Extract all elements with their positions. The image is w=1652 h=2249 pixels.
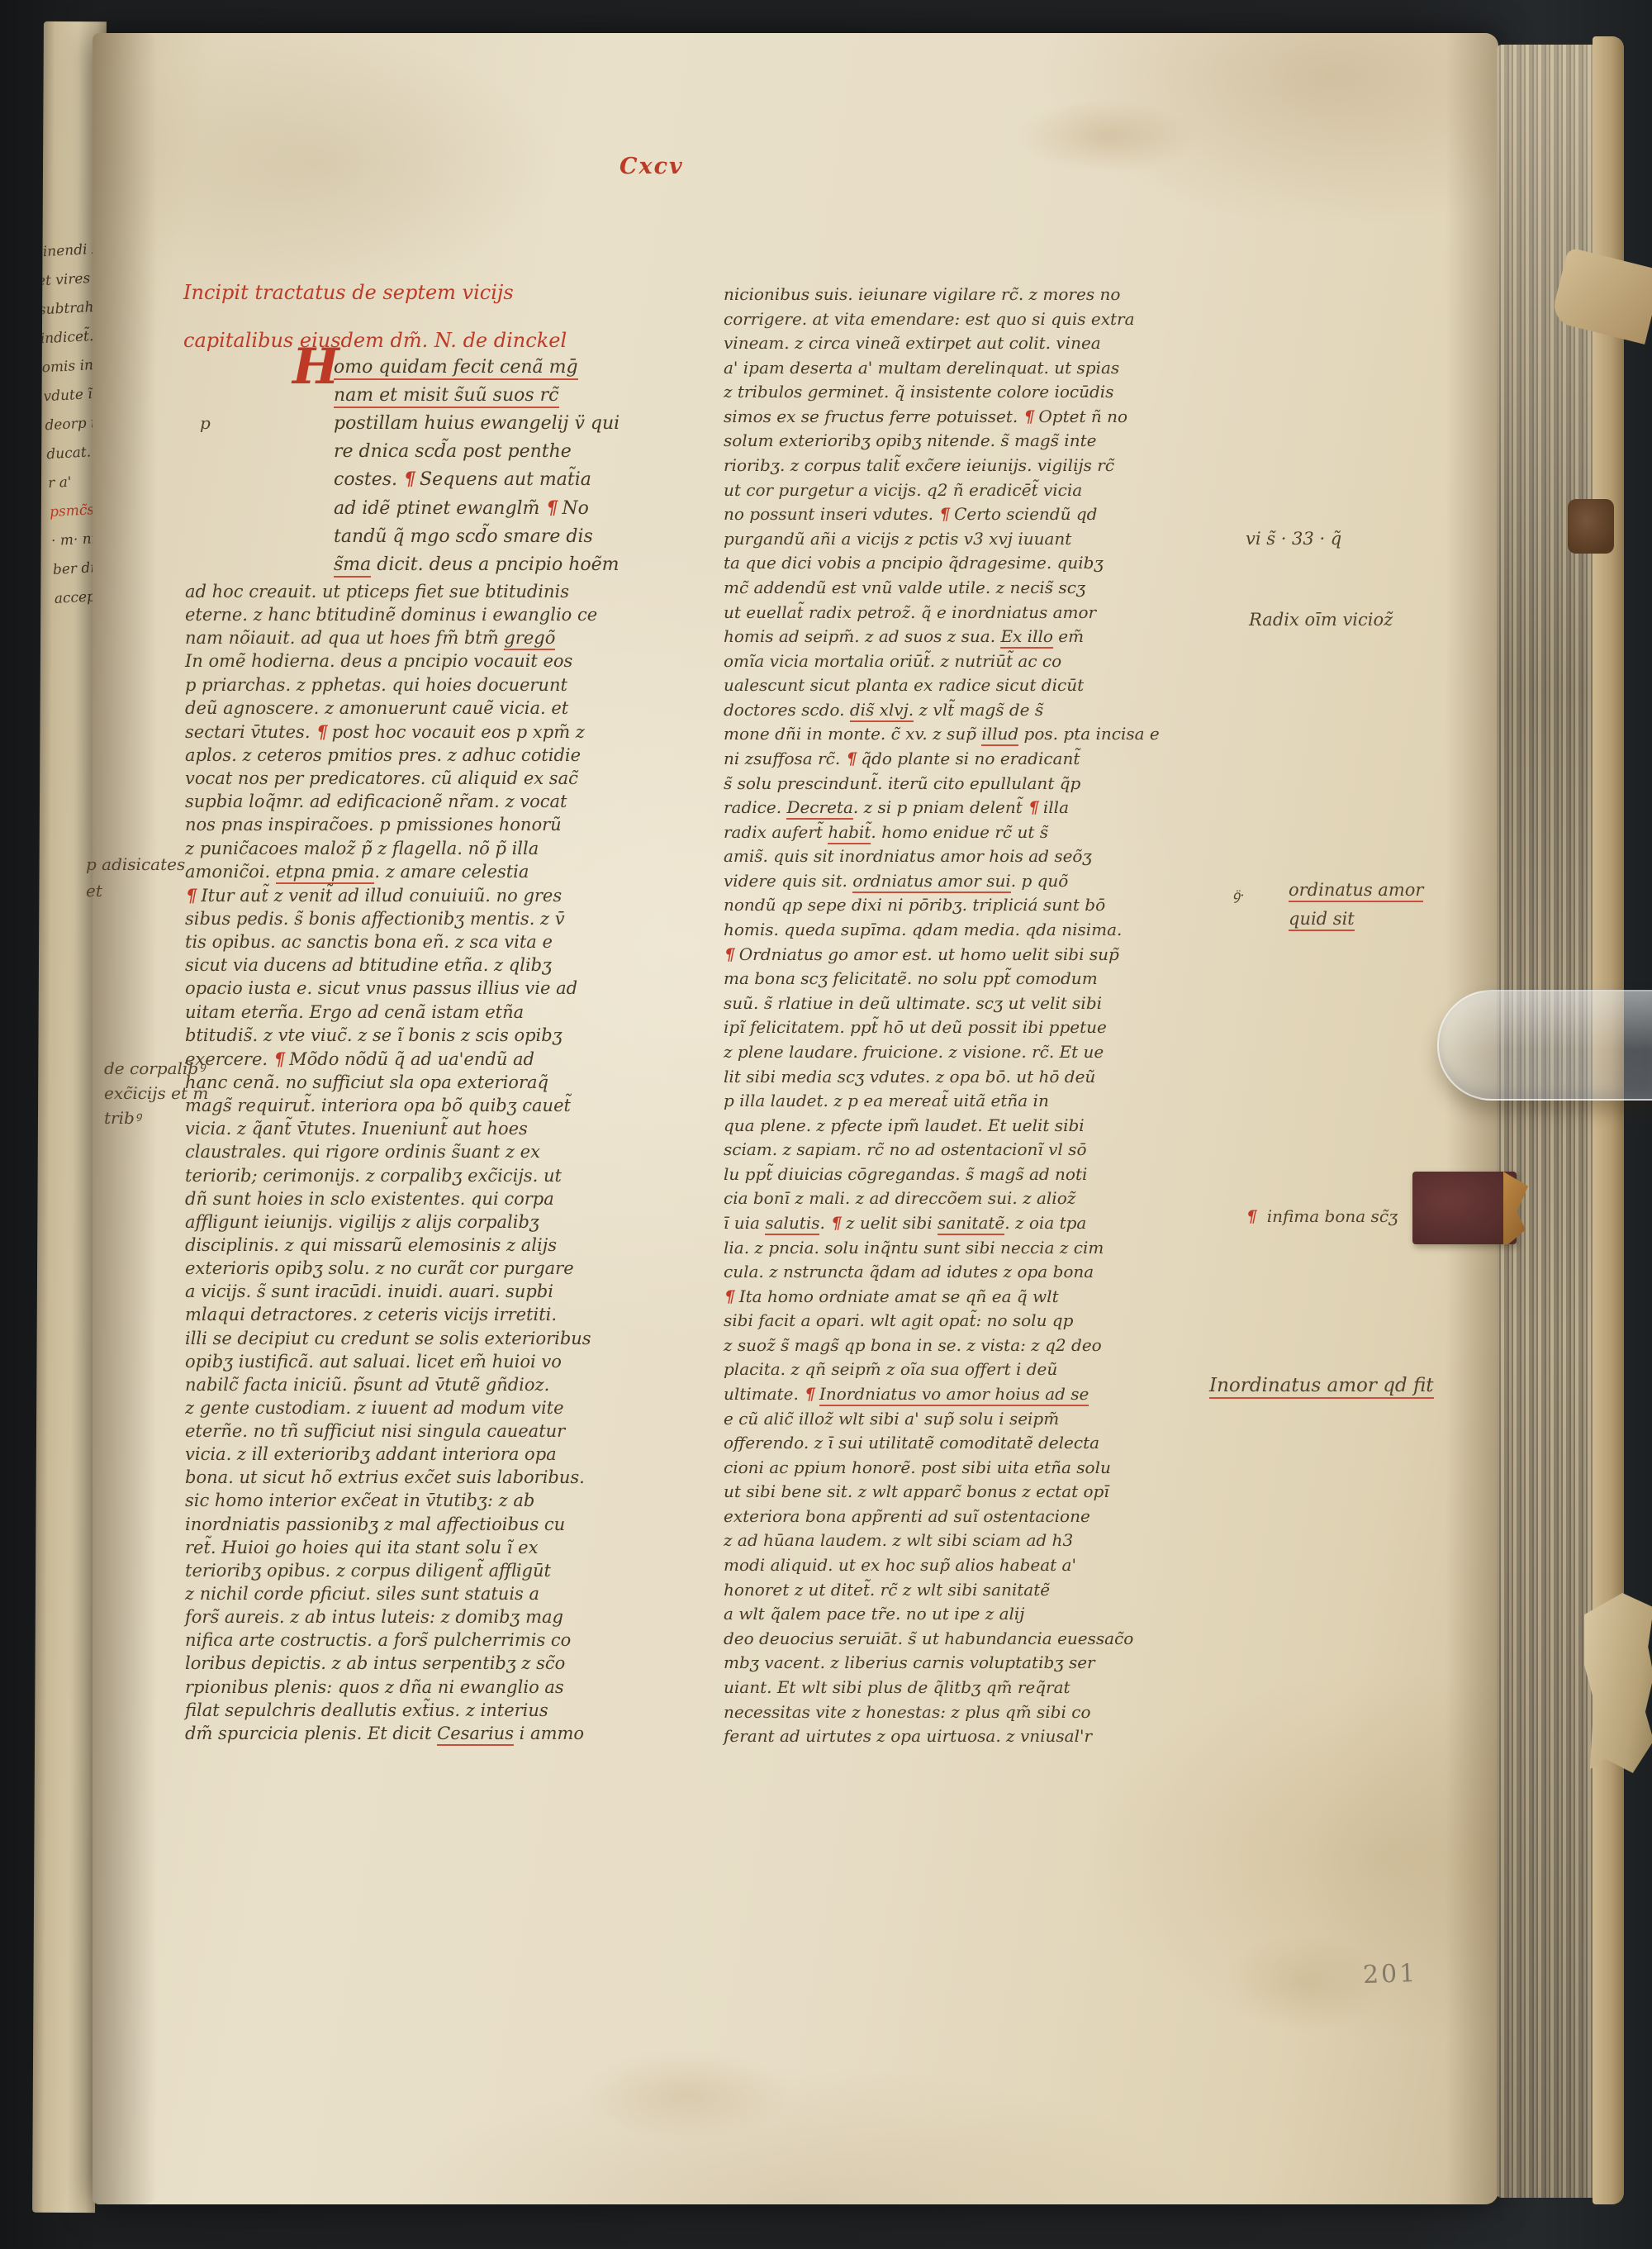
margin-note-infima-bona: ¶ infima bona sc̃ʒ	[1246, 1206, 1398, 1226]
margin-note-edificationes: p adisicateset	[86, 851, 185, 904]
cover-board-edge	[1593, 36, 1624, 2204]
folio-number: 201	[1362, 1959, 1417, 1990]
frayed-parchment-strap	[1584, 1593, 1652, 1773]
page-heading-numeral: Cxcv	[619, 154, 684, 179]
margin-red-mark: ꝯ̈·	[1232, 886, 1244, 904]
fore-edge-page-stack	[1497, 45, 1594, 2198]
text-column-right: nicionibus suis. ieiunare vigilare rc̃. …	[724, 284, 1239, 1747]
text-column-left: ad hoc creauit. ut pticeps fiet sue btit…	[185, 582, 717, 1743]
margin-note-ordinatus-amor: ordinatus amorquid sit	[1289, 876, 1423, 934]
manuscript-photo: sinendi z feruor oĩmet vires corpis q̃ d…	[0, 0, 1652, 2249]
margin-note-citation: vi s̃ · 33 · q̃	[1246, 529, 1341, 549]
opening-indented-block: omo quidam fecit cenã mḡnam et misit s̃u…	[334, 357, 722, 575]
margin-note-corporalibus: de corpalibꝰexc̃icijs et mtribꝰ	[104, 1056, 208, 1130]
drop-cap-initial: H	[292, 342, 339, 392]
margin-note-inordinatus-amor: Inordinatus amor qd fit	[1209, 1375, 1434, 1396]
plastic-page-holder	[1437, 990, 1652, 1101]
rubric-incipit: Incipit tractatus de septem vicijscapita…	[183, 281, 729, 352]
clasp-remnant	[1568, 499, 1614, 554]
leather-bookmark-tab	[1412, 1172, 1517, 1244]
margin-paragraph-mark: p	[200, 413, 211, 433]
margin-note-radix-vitiorum: Radix oīm vicioz̃	[1249, 610, 1393, 630]
